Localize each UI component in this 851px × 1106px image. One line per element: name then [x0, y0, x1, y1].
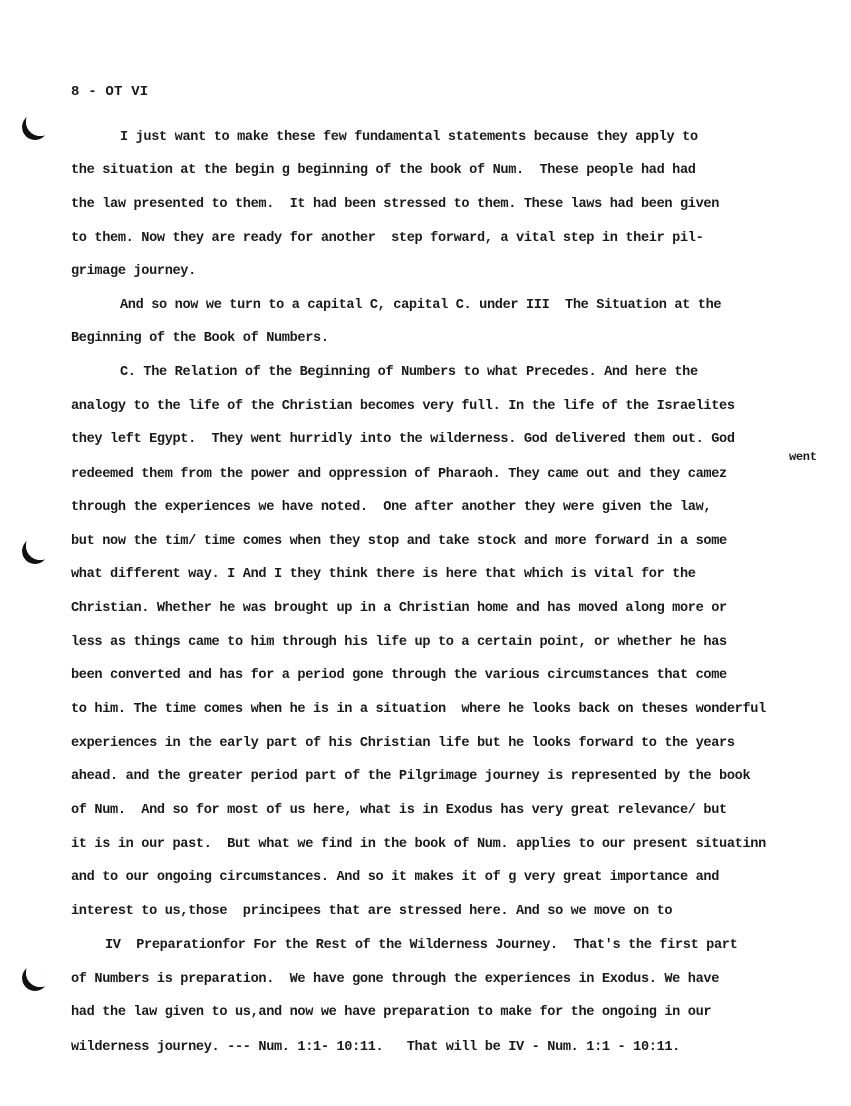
text-line: what different way. I And I they think t…: [71, 567, 696, 583]
text-line: redeemed them from the power and oppress…: [71, 467, 727, 483]
text-line: to them. Now they are ready for another …: [71, 231, 703, 247]
text-line: been converted and has for a period gone…: [71, 668, 727, 684]
punch-hole-bottom: [22, 965, 48, 991]
text-line: the situation at the begin g beginning o…: [71, 163, 696, 179]
text-line: Christian. Whether he was brought up in …: [71, 601, 727, 617]
text-line: less as things came to him through his l…: [71, 635, 727, 651]
page-header: 8 - OT VI: [71, 84, 148, 100]
text-line: they left Egypt. They went hurridly into…: [71, 432, 735, 448]
document-page: 8 - OT VI went I just want to make these…: [0, 0, 851, 1106]
text-line: And so now we turn to a capital C, capit…: [120, 298, 721, 314]
punch-hole-top: [22, 114, 48, 140]
text-line: grimage journey.: [71, 264, 196, 280]
text-line: had the law given to us,and now we have …: [71, 1005, 711, 1021]
text-line: I just want to make these few fundamenta…: [120, 130, 698, 146]
text-line: but now the tim/ time comes when they st…: [71, 534, 727, 550]
text-line: IV Preparationfor For the Rest of the Wi…: [105, 938, 737, 954]
punch-hole-middle: [22, 538, 48, 564]
text-line: C. The Relation of the Beginning of Numb…: [120, 365, 698, 381]
text-line: it is in our past. But what we find in t…: [71, 837, 766, 853]
text-line: interest to us,those principees that are…: [71, 904, 672, 920]
text-line: wilderness journey. --- Num. 1:1- 10:11.…: [71, 1040, 680, 1056]
text-line: of Num. And so for most of us here, what…: [71, 803, 727, 819]
text-line: Beginning of the Book of Numbers.: [71, 331, 329, 347]
text-line: to him. The time comes when he is in a s…: [71, 702, 766, 718]
text-line: experiences in the early part of his Chr…: [71, 736, 735, 752]
text-line: ahead. and the greater period part of th…: [71, 769, 750, 785]
text-line: and to our ongoing circumstances. And so…: [71, 870, 719, 886]
text-line: analogy to the life of the Christian bec…: [71, 399, 735, 415]
text-line: the law presented to them. It had been s…: [71, 197, 719, 213]
text-line: through the experiences we have noted. O…: [71, 500, 711, 516]
text-line: of Numbers is preparation. We have gone …: [71, 972, 719, 988]
interlinear-correction: went: [789, 450, 817, 464]
